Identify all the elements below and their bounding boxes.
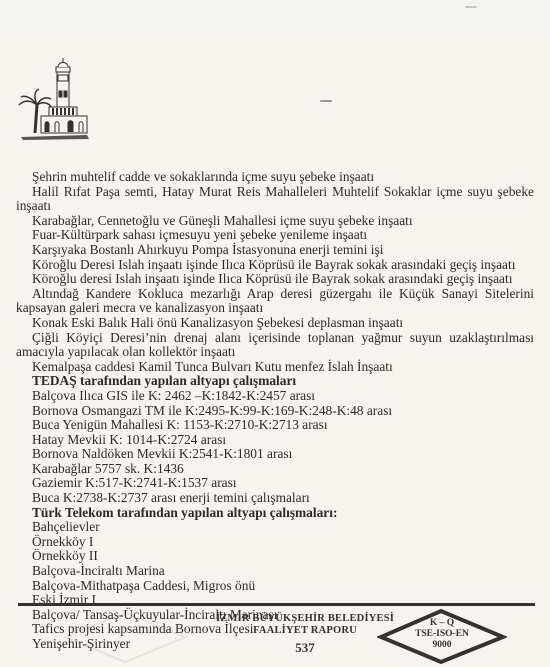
faint-diamond-bleed [60,610,190,665]
tedas-item: Karabağlar 5757 sk. K:1436 [32,462,534,477]
badge-line3: 9000 [377,640,507,651]
document-body: Şehrin muhtelif cadde ve sokaklarında iç… [16,170,534,652]
work-item: Çiğli Köyiçi Deresi’nin drenaj alanı içe… [16,331,534,360]
work-item: Konak Eski Balık Hali önü Kanalizasyon Ş… [16,316,534,331]
tedas-item: Bornova Naldöken Mevkii K:2541-K:1801 ar… [32,447,534,462]
work-item: Köroğlu deresi Islah inşaatı işinde Ilıc… [16,272,534,287]
badge-line2: TSE-ISO-EN [377,629,507,640]
scan-speck [320,100,332,102]
telekom-item: Örnekköy II [32,549,534,564]
telekom-item: Balçova-Mithatpaşa Caddesi, Migros önü [32,579,534,594]
work-item: Köroğlu Deresi Islah inşaatı işinde Ilıc… [16,258,534,273]
scan-top-band [0,0,550,28]
badge-line1: K – Q [377,618,507,629]
footer-rule [18,603,535,606]
tedas-heading: TEDAŞ tarafından yapılan altyapı çalışma… [32,374,534,389]
clock-tower-icon [15,55,90,140]
work-item: Fuar-Kültürpark sahası içmesuyu yeni şeb… [16,228,534,243]
work-item: Karabağlar, Cennetoğlu ve Güneşli Mahall… [16,214,534,229]
work-item: Karşıyaka Bostanlı Ahırkuyu Pompa İstasy… [16,243,534,258]
work-item: Altındağ Kandere Kokluca mezarlığı Arap … [16,287,534,316]
tedas-item: Balçova Ilıca GIS ile K: 2462 –K:1842-K:… [32,389,534,404]
telekom-item: Örnekköy I [32,535,534,550]
work-item: Halil Rıfat Paşa semti, Hatay Murat Reis… [16,185,534,214]
quality-badge-text: K – Q TSE-ISO-EN 9000 [377,618,507,651]
work-item: Kemalpaşa caddesi Kamil Tunca Bulvarı Ku… [16,360,534,375]
telekom-item: Balçova-İnciraltı Marina [32,564,534,579]
tedas-item: Hatay Mevkii K: 1014-K:2724 arası [32,433,534,448]
scan-speck [465,6,477,8]
work-item: Şehrin muhtelif cadde ve sokaklarında iç… [16,170,534,185]
tedas-item: Bornova Osmangazi TM ile K:2495-K:99-K:1… [32,404,534,419]
telekom-item: Bahçelievler [32,520,534,535]
telekom-heading: Türk Telekom tarafından yapılan altyapı … [32,506,534,521]
infrastructure-works-list: Şehrin muhtelif cadde ve sokaklarında iç… [16,170,534,374]
tedas-item: Gaziemir K:517-K:2741-K:1537 arası [32,476,534,491]
tedas-item: Buca Yenigün Mahallesi K: 1153-K:2710-K:… [32,418,534,433]
tedas-item: Buca K:2738-K:2737 arası enerji temini ç… [32,491,534,506]
